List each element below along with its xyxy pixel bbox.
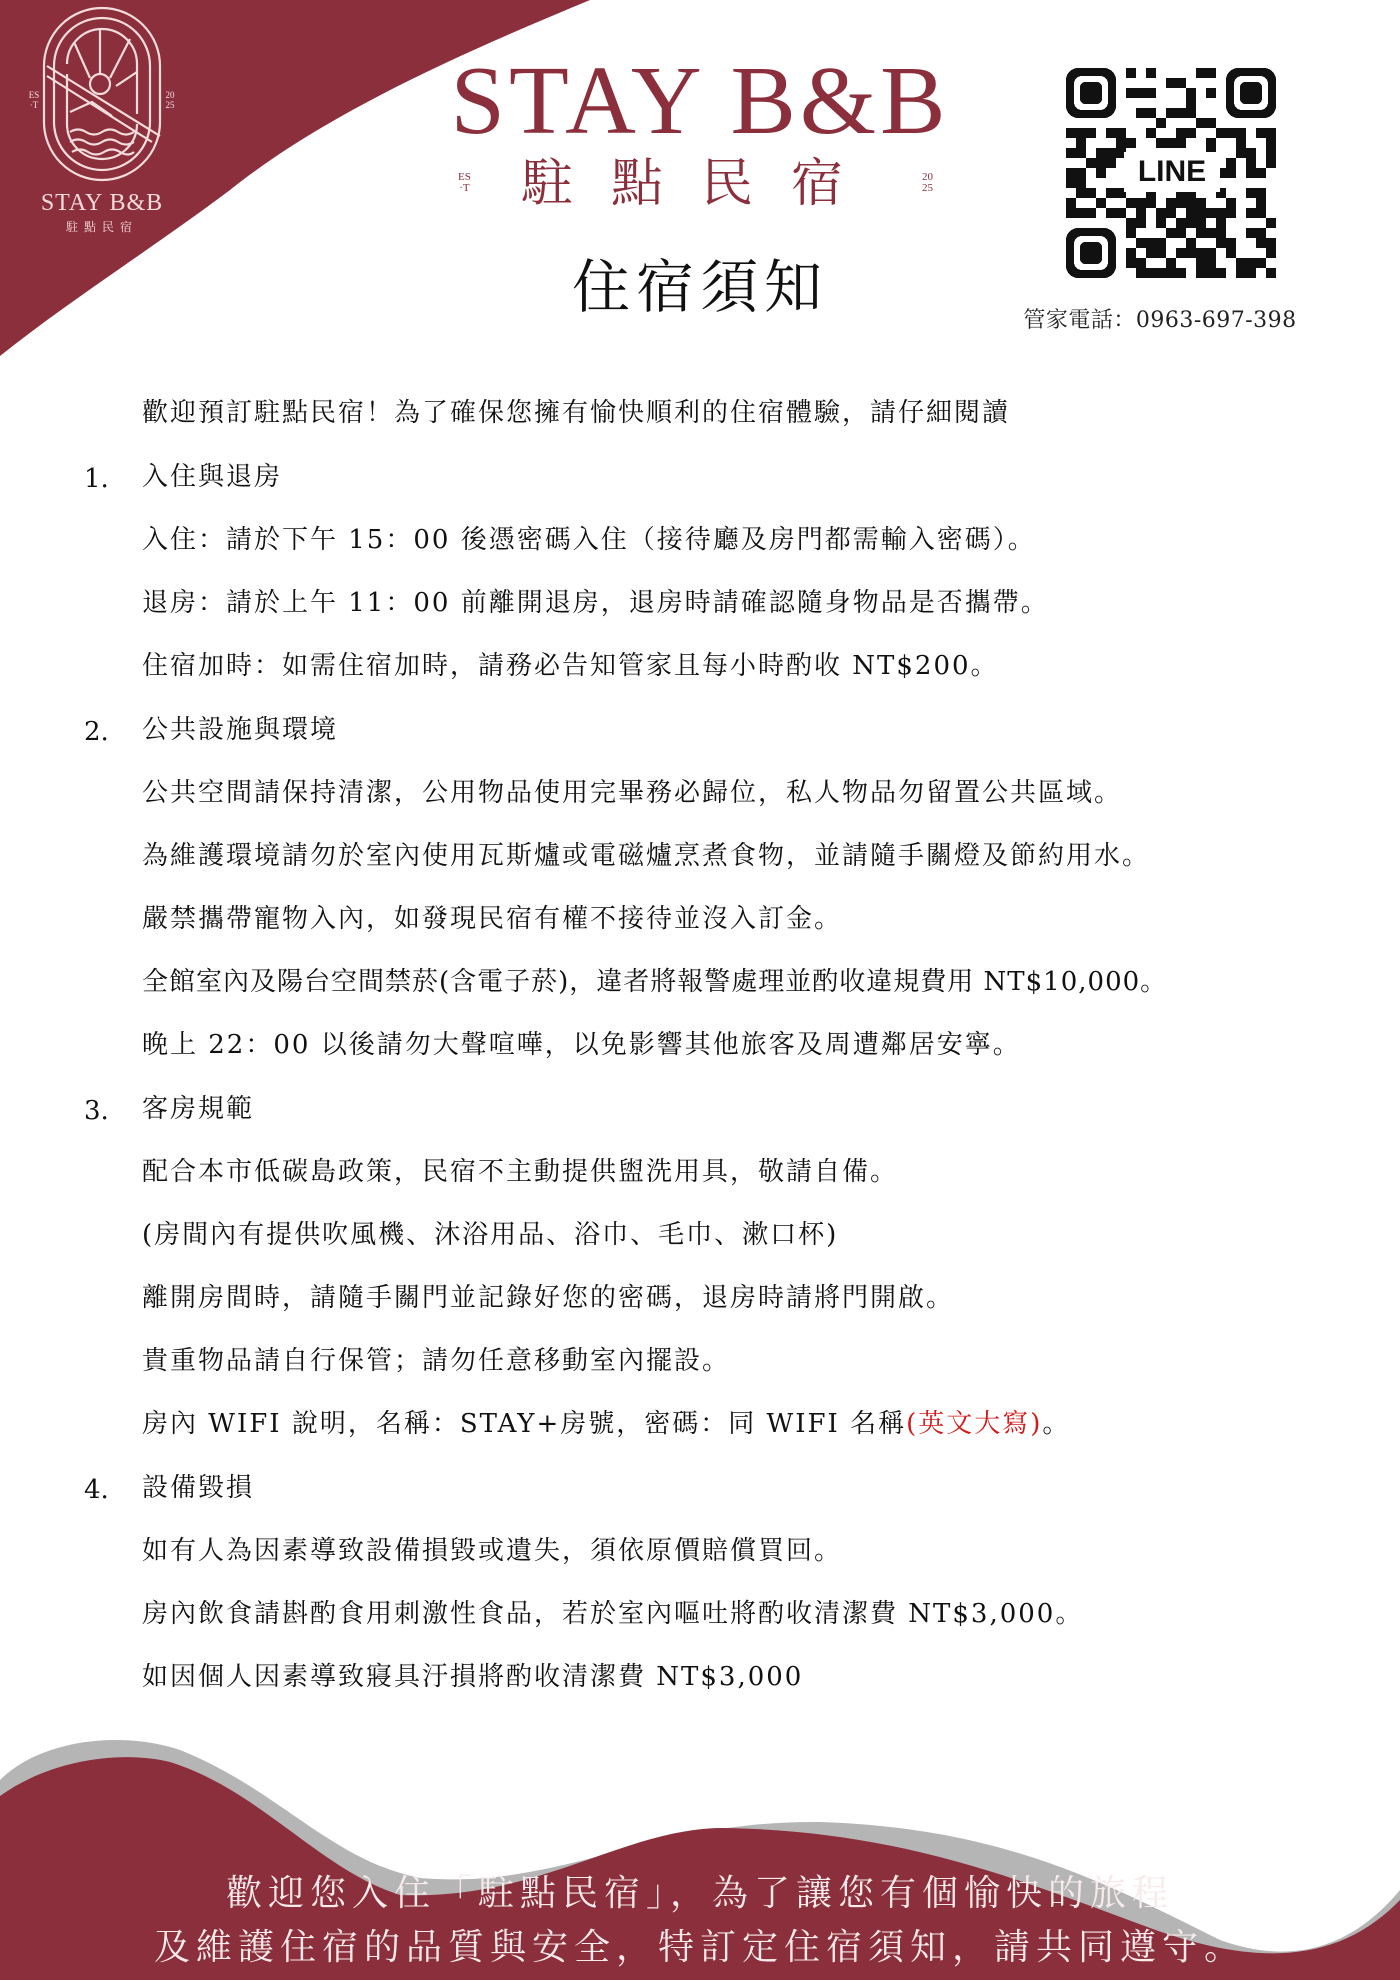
brand-title: STAY B&B <box>440 52 960 150</box>
butler-phone: 管家電話：0963-697-398 <box>1010 303 1310 334</box>
section-4-item: 如因個人因素導致寢具汙損將酌收清潔費 NT$3,000 <box>142 1664 803 1690</box>
section-3-item: (房間內有提供吹風機、沐浴用品、浴巾、毛巾、漱口杯) <box>142 1222 838 1248</box>
section-1-item: 住宿加時：如需住宿加時，請務必告知管家且每小時酌收 NT$200。 <box>142 653 999 679</box>
section-2-number: 2. <box>84 717 109 747</box>
section-2-title: 公共設施與環境 <box>142 717 338 743</box>
footer-line-2: 及維護住宿的品質與安全，特訂定住宿須知，請共同遵守。 <box>0 1930 1400 1966</box>
section-4-title: 設備毀損 <box>142 1475 254 1501</box>
section-2-item: 為維護環境請勿於室內使用瓦斯爐或電磁爐烹煮食物，並請隨手關燈及節約用水。 <box>142 843 1150 869</box>
section-2-item: 嚴禁攜帶寵物入內，如發現民宿有權不接待並沒入訂金。 <box>142 906 842 932</box>
est-bottom: ·T <box>459 182 469 194</box>
wifi-highlight: (英文大寫) <box>906 1409 1042 1439</box>
line-qr-code[interactable]: LINE <box>1066 68 1276 278</box>
qr-line-label: LINE <box>1124 152 1220 192</box>
intro-text: 歡迎預訂駐點民宿！為了確保您擁有愉快順利的住宿體驗，請仔細閱讀 <box>142 400 1010 426</box>
brand-est-left: ES·T <box>458 172 471 194</box>
brand-est-right: 2025 <box>922 172 933 194</box>
logo: ES·T 2025 STAY B&B 駐點民宿 <box>22 4 182 234</box>
section-1-item: 入住：請於下午 15：00 後憑密碼入住（接待廳及房門都需輸入密碼）。 <box>142 527 1036 553</box>
section-4-number: 4. <box>84 1475 109 1505</box>
section-3-item: 離開房間時，請隨手關門並記錄好您的密碼，退房時請將門開啟。 <box>142 1285 954 1311</box>
section-1-item: 退房：請於上午 11：00 前離開退房，退房時請確認隨身物品是否攜帶。 <box>142 590 1049 616</box>
footer-line-1: 歡迎您入住「駐點民宿」，為了讓您有個愉快的旅程 <box>0 1876 1400 1912</box>
section-2-item: 公共空間請保持清潔，公用物品使用完畢務必歸位，私人物品勿留置公共區域。 <box>142 780 1122 806</box>
section-3-item: 貴重物品請自行保管；請勿任意移動室內擺設。 <box>142 1348 730 1374</box>
section-1-number: 1. <box>84 464 109 494</box>
section-4-item: 如有人為因素導致設備損毀或遺失，須依原價賠償買回。 <box>142 1538 842 1564</box>
wifi-end: 。 <box>1042 1409 1070 1439</box>
section-3-wifi-item: 房內 WIFI 說明，名稱：STAY+房號，密碼：同 WIFI 名稱(英文大寫)… <box>142 1411 1070 1437</box>
section-2-item: 全館室內及陽台空間禁菸(含電子菸)，違者將報警處理並酌收違規費用 NT$10,0… <box>142 969 1167 995</box>
logo-est-right: 2025 <box>158 90 182 110</box>
logo-name-en: STAY B&B <box>16 190 188 217</box>
logo-name-zh: 駐點民宿 <box>22 218 182 235</box>
section-4-item: 房內飲食請斟酌食用刺激性食品，若於室內嘔吐將酌收清潔費 NT$3,000。 <box>142 1601 1083 1627</box>
page-title: 住宿須知 <box>540 258 860 316</box>
section-2-item: 晚上 22：00 以後請勿大聲喧嘩，以免影響其他旅客及周遭鄰居安寧。 <box>142 1032 1021 1058</box>
section-3-number: 3. <box>84 1096 109 1126</box>
year-bottom: 25 <box>166 100 175 110</box>
wifi-text: 房內 WIFI 說明，名稱：STAY+房號，密碼：同 WIFI 名稱 <box>142 1409 906 1439</box>
year-top: 20 <box>166 90 175 100</box>
est-bottom: ·T <box>30 100 39 110</box>
year-bottom: 25 <box>922 182 933 194</box>
brand-subtitle: ES·T 駐點民宿 2025 <box>450 150 950 220</box>
logo-est-left: ES·T <box>22 90 46 110</box>
brand-subtitle-text: 駐點民宿 <box>506 158 896 210</box>
est-top: ES <box>29 90 40 100</box>
section-1-title: 入住與退房 <box>142 464 282 490</box>
section-3-title: 客房規範 <box>142 1096 254 1122</box>
section-3-item: 配合本市低碳島政策，民宿不主動提供盥洗用具，敬請自備。 <box>142 1159 898 1185</box>
